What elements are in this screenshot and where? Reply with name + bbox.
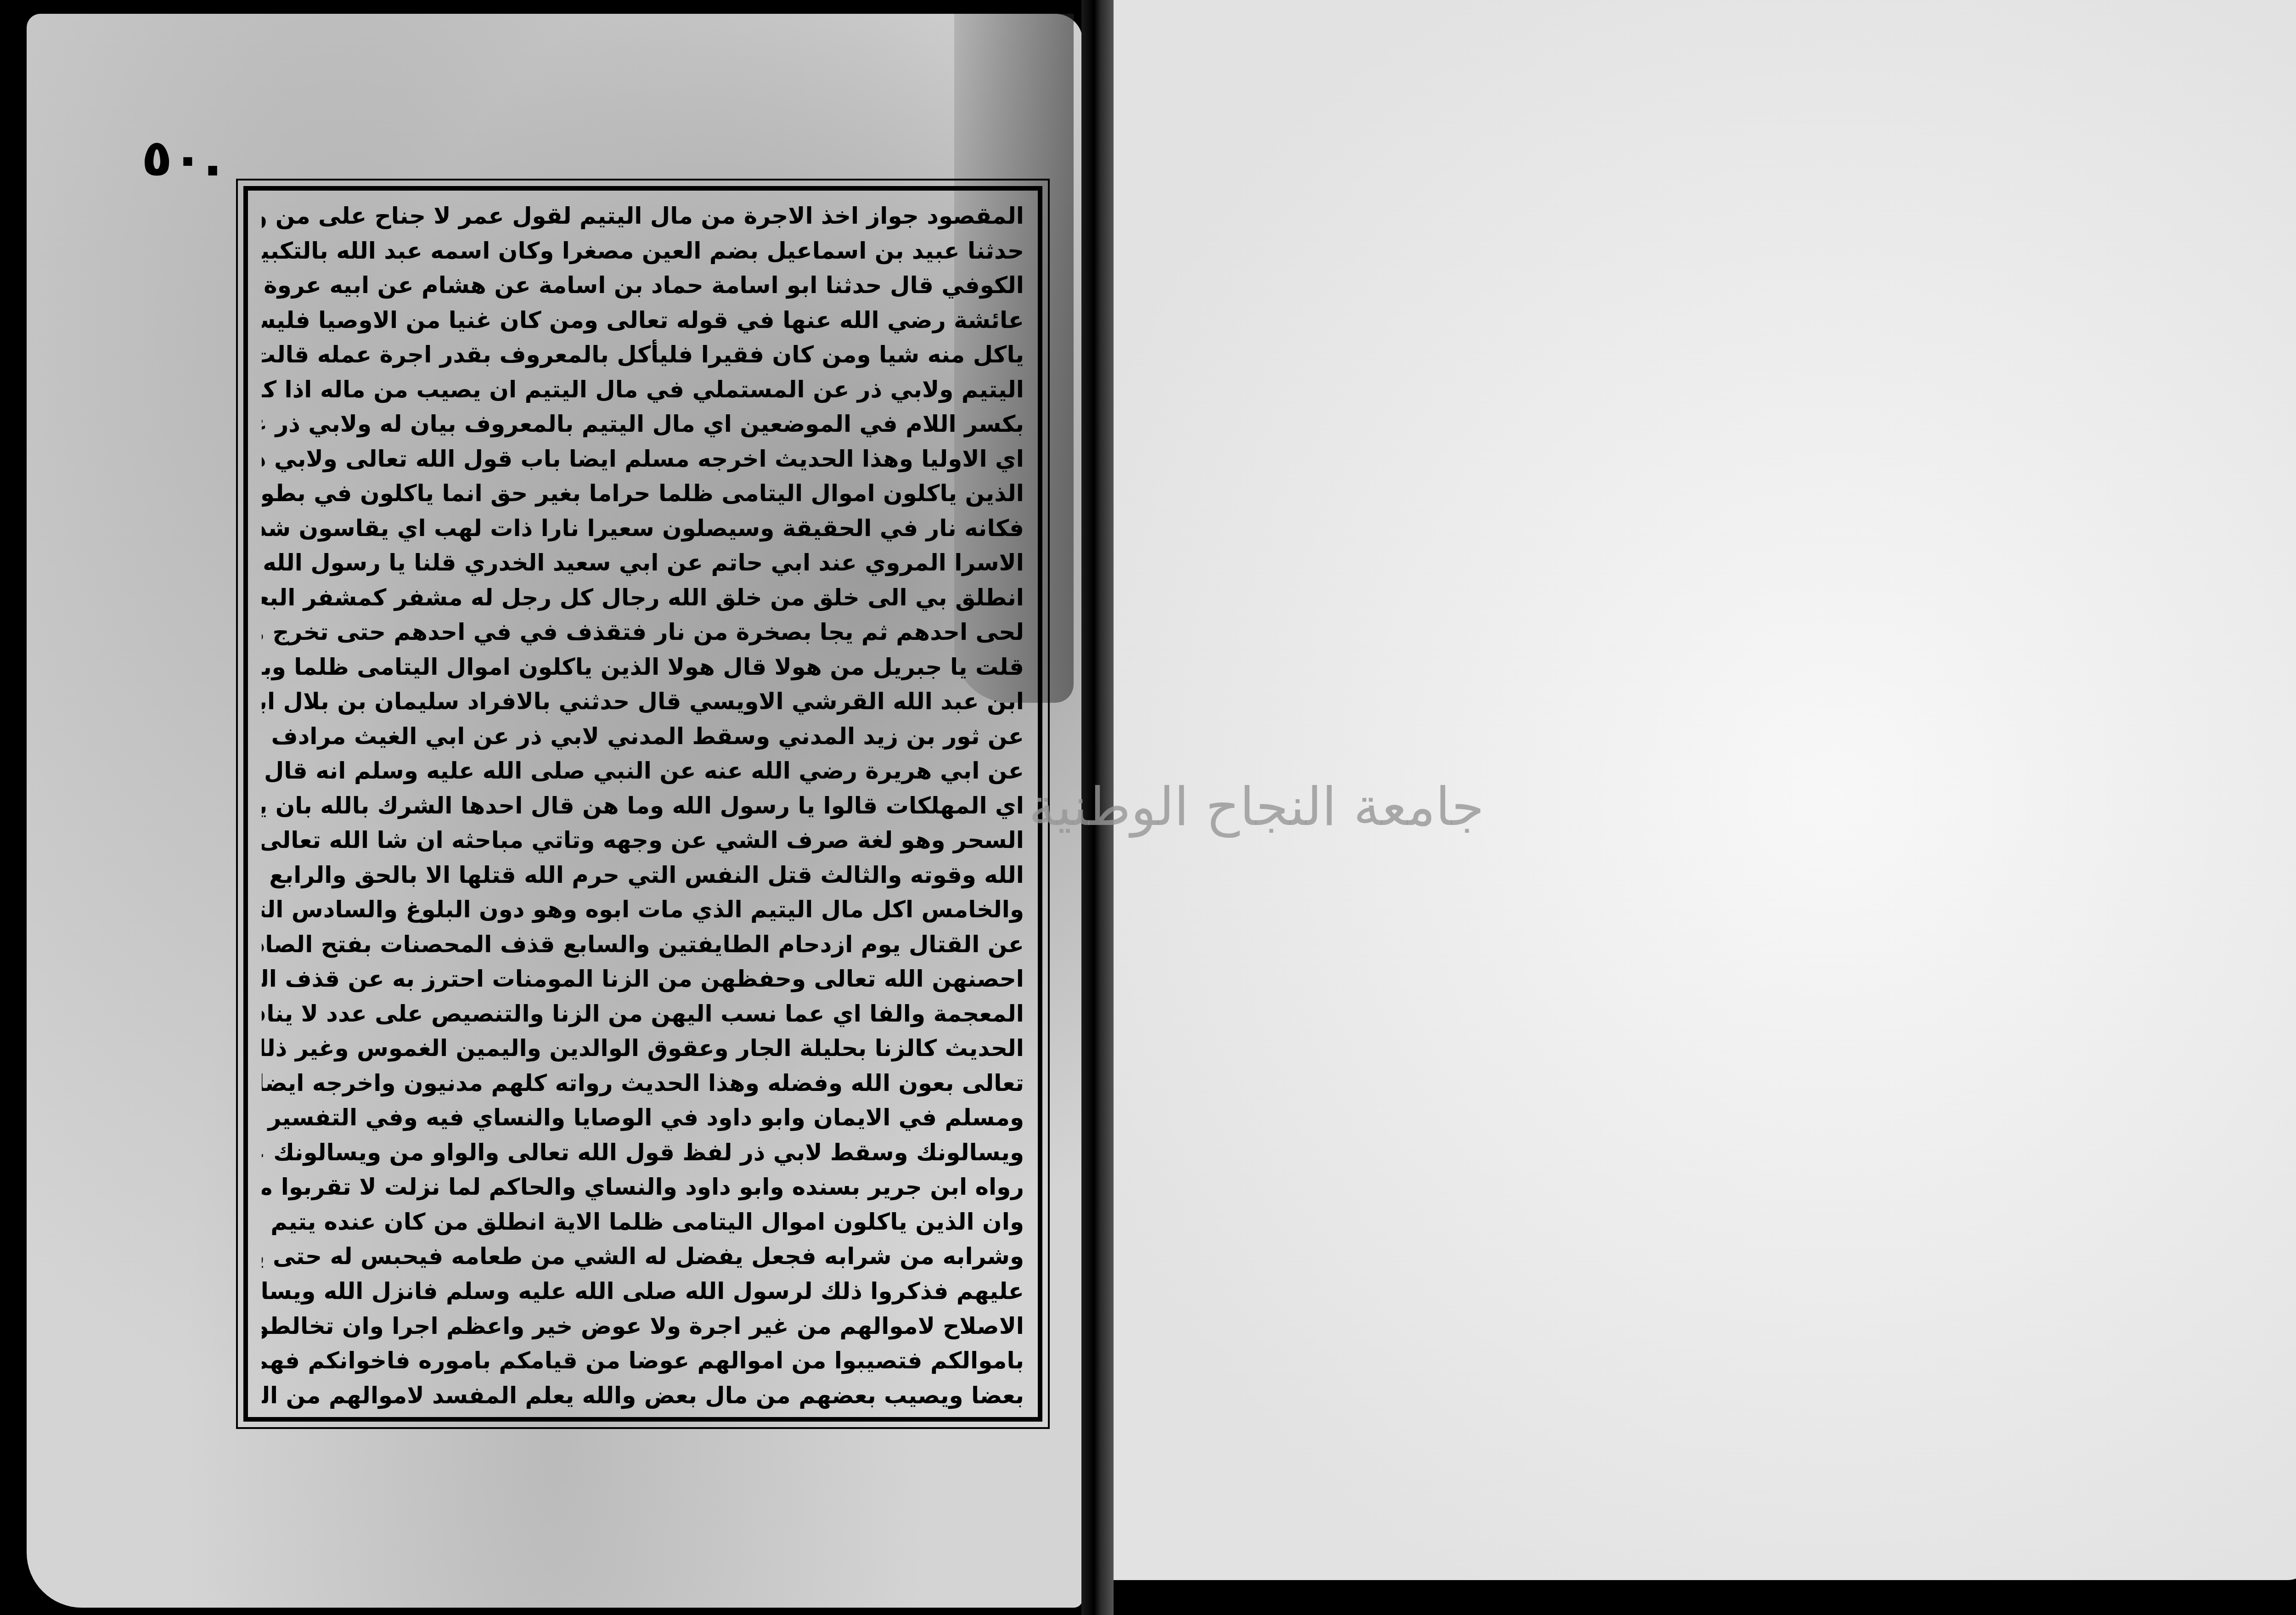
text-line: وان الذين ياكلون اموال اليتامى ظلما الاي… bbox=[262, 1205, 1024, 1239]
text-line: المعجمة والفا اي عما نسب اليهن من الزنا … bbox=[262, 997, 1024, 1031]
text-line: فكانه نار في الحقيقة وسيصلون سعيرا نارا … bbox=[262, 511, 1024, 545]
text-line: اي المهلكات قالوا يا رسول الله وما هن قا… bbox=[262, 789, 1024, 823]
manuscript-scan: .٥٠ المقصود جواز اخذ الاجرة من مال اليتي… bbox=[0, 0, 2296, 1615]
university-watermark: جامعة النجاح الوطنية bbox=[1029, 776, 1484, 838]
text-line: بعضا ويصيب بعضهم من مال بعض والله يعلم ا… bbox=[262, 1378, 1024, 1412]
text-line: ويسالونك وسقط لابي ذر لفظ قول الله تعالى… bbox=[262, 1135, 1024, 1169]
text-line: رواه ابن جرير بسنده وابو داود والنساي وا… bbox=[262, 1170, 1024, 1204]
text-line: لحى احدهم ثم يجا بصخرة من نار فتقذف في ف… bbox=[262, 615, 1024, 649]
text-line: حدثنا عبيد بن اسماعيل بضم العين مصغرا وك… bbox=[262, 234, 1024, 268]
text-line: وشرابه من شرابه فجعل يفضل له الشي من طعا… bbox=[262, 1239, 1024, 1273]
text-line: الله وقوته والثالث قتل النفس التي حرم ال… bbox=[262, 858, 1024, 892]
text-line: عن ثور بن زيد المدني وسقط المدني لابي ذر… bbox=[262, 719, 1024, 753]
manuscript-text: المقصود جواز اخذ الاجرة من مال اليتيم لق… bbox=[262, 199, 1024, 1412]
text-line: عن القتال يوم ازدحام الطايفتين والسابع ق… bbox=[262, 927, 1024, 961]
text-line: ياكل منه شيا ومن كان فقيرا فليأكل بالمعر… bbox=[262, 338, 1024, 372]
text-line: الاصلاح لاموالهم من غير اجرة ولا عوض خير… bbox=[262, 1309, 1024, 1343]
text-line: بكسر اللام في الموضعين اي مال اليتيم بال… bbox=[262, 407, 1024, 441]
text-line: المقصود جواز اخذ الاجرة من مال اليتيم لق… bbox=[262, 199, 1024, 233]
text-line: اليتيم ولابي ذر عن المستملي في مال اليتي… bbox=[262, 373, 1024, 407]
text-line: عليهم فذكروا ذلك لرسول الله صلى الله علي… bbox=[262, 1274, 1024, 1308]
text-line: باموالكم فتصيبوا من اموالهم عوضا من قيام… bbox=[262, 1344, 1024, 1378]
text-line: الحديث كالزنا بحليلة الجار وعقوق الوالدي… bbox=[262, 1031, 1024, 1065]
text-line: والخامس اكل مال اليتيم الذي مات ابوه وهو… bbox=[262, 892, 1024, 926]
text-line: السحر وهو لغة صرف الشي عن وجهه وتاتي مبا… bbox=[262, 823, 1024, 857]
text-line: ابن عبد الله القرشي الاويسي قال حدثني با… bbox=[262, 684, 1024, 718]
text-line: الذين ياكلون اموال اليتامى ظلما حراما بغ… bbox=[262, 476, 1024, 510]
text-line: تعالى بعون الله وفضله وهذا الحديث رواته … bbox=[262, 1066, 1024, 1100]
text-line: عائشة رضي الله عنها في قوله تعالى ومن كا… bbox=[262, 303, 1024, 337]
text-line: اي الاوليا وهذا الحديث اخرجه مسلم ايضا ب… bbox=[262, 442, 1024, 476]
text-frame: المقصود جواز اخذ الاجرة من مال اليتيم لق… bbox=[243, 186, 1042, 1422]
text-line: انطلق بي الى خلق من خلق الله رجال كل رجل… bbox=[262, 581, 1024, 615]
text-line: قلت يا جبريل من هولا قال هولا الذين ياكل… bbox=[262, 650, 1024, 684]
text-line: الكوفي قال حدثنا ابو اسامة حماد بن اسامة… bbox=[262, 268, 1024, 302]
text-line: احصنهن الله تعالى وحفظهن من الزنا المومن… bbox=[262, 962, 1024, 996]
text-line: ومسلم في الايمان وابو داود في الوصايا وا… bbox=[262, 1101, 1024, 1135]
text-line: عن ابي هريرة رضي الله عنه عن النبي صلى ا… bbox=[262, 754, 1024, 788]
page-number: .٥٠ bbox=[141, 129, 222, 187]
text-line: الاسرا المروي عند ابي حاتم عن ابي سعيد ا… bbox=[262, 546, 1024, 580]
